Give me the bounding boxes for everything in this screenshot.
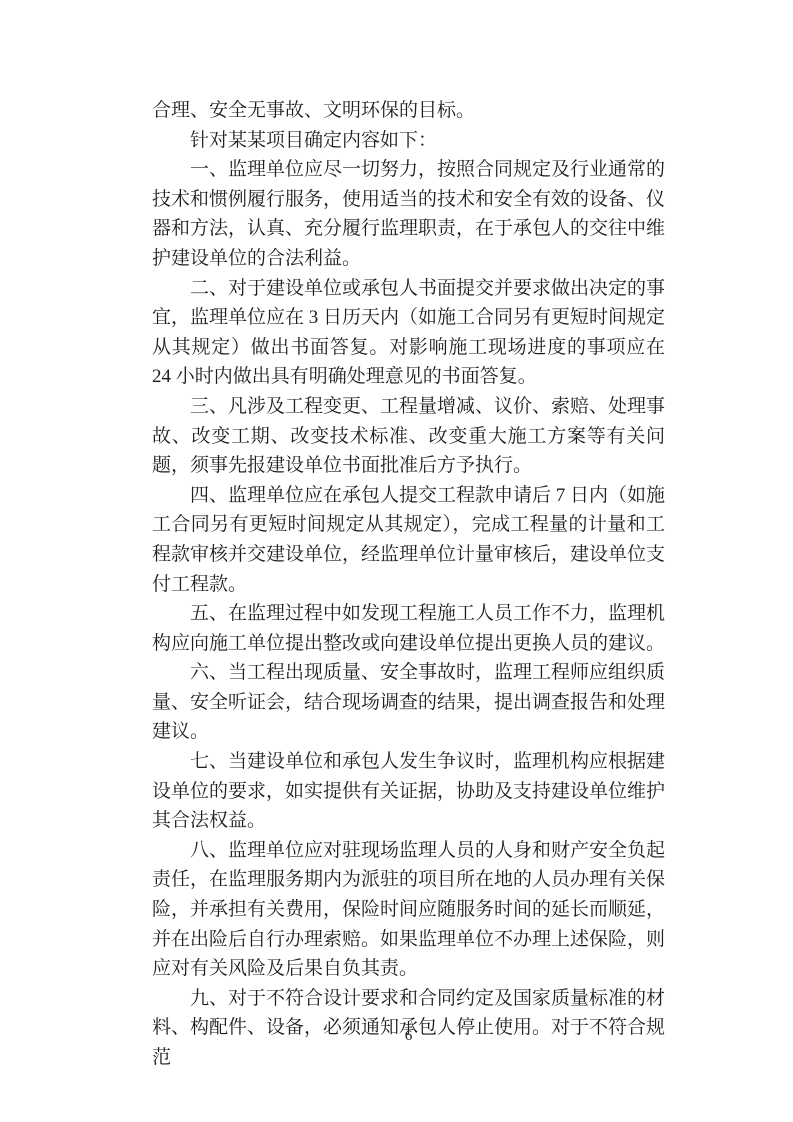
document-body: 合理、安全无事故、文明环保的目标。针对某某项目确定内容如下：一、监理单位应尽一切… bbox=[152, 96, 665, 1073]
paragraph: 针对某某项目确定内容如下： bbox=[152, 126, 665, 156]
page-number: 6 bbox=[152, 1026, 665, 1046]
paragraph: 一、监理单位应尽一切努力，按照合同规定及行业通常的技术和惯例履行服务，使用适当的… bbox=[152, 155, 665, 273]
paragraph: 六、当工程出现质量、安全事故时，监理工程师应组织质量、安全听证会，结合现场调查的… bbox=[152, 658, 665, 747]
paragraph: 二、对于建设单位或承包人书面提交并要求做出决定的事宜，监理单位应在 3 日历天内… bbox=[152, 274, 665, 392]
paragraph: 五、在监理过程中如发现工程施工人员工作不力，监理机构应向施工单位提出整改或向建设… bbox=[152, 599, 665, 658]
paragraph: 七、当建设单位和承包人发生争议时，监理机构应根据建设单位的要求，如实提供有关证据… bbox=[152, 747, 665, 836]
paragraph: 四、监理单位应在承包人提交工程款申请后 7 日内（如施工合同另有更短时间规定从其… bbox=[152, 481, 665, 599]
document-page: 合理、安全无事故、文明环保的目标。针对某某项目确定内容如下：一、监理单位应尽一切… bbox=[0, 0, 793, 1122]
paragraph: 合理、安全无事故、文明环保的目标。 bbox=[152, 96, 665, 126]
paragraph: 三、凡涉及工程变更、工程量增减、议价、索赔、处理事故、改变工期、改变技术标准、改… bbox=[152, 392, 665, 481]
paragraph: 八、监理单位应对驻现场监理人员的人身和财产安全负起责任，在监理服务期内为派驻的项… bbox=[152, 836, 665, 984]
